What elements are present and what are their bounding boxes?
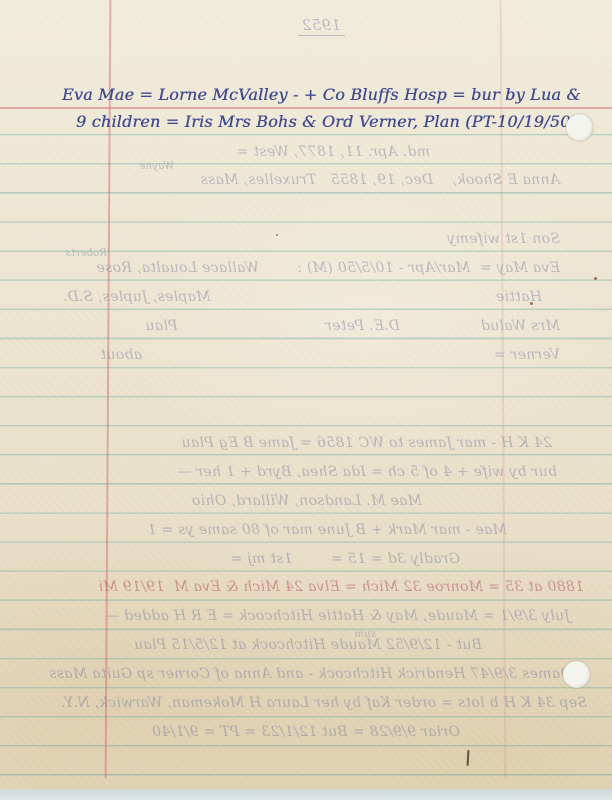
top-margin-line xyxy=(0,107,612,109)
bleed-year-heading: 1952 xyxy=(298,16,345,36)
notebook-paper: 1952 md. Apr. 11, 1877, West = Anna E Sh… xyxy=(0,0,612,789)
foxing-speck xyxy=(594,277,597,280)
ruled-lines xyxy=(0,134,612,789)
hole-punch-top xyxy=(566,114,593,141)
hole-punch-bottom xyxy=(563,661,590,688)
scanned-notebook-page: { "document": { "kind": "handwritten gen… xyxy=(0,0,612,800)
foxing-speck xyxy=(276,234,278,236)
handwritten-line-1: Eva Mae = Lorne McValley - + Co Bluffs H… xyxy=(62,85,581,104)
scanner-background-edge xyxy=(0,789,612,800)
foxing-speck xyxy=(530,302,533,305)
handwritten-line-2: 9 children = Iris Mrs Bohs & Ord Verner,… xyxy=(76,112,577,131)
